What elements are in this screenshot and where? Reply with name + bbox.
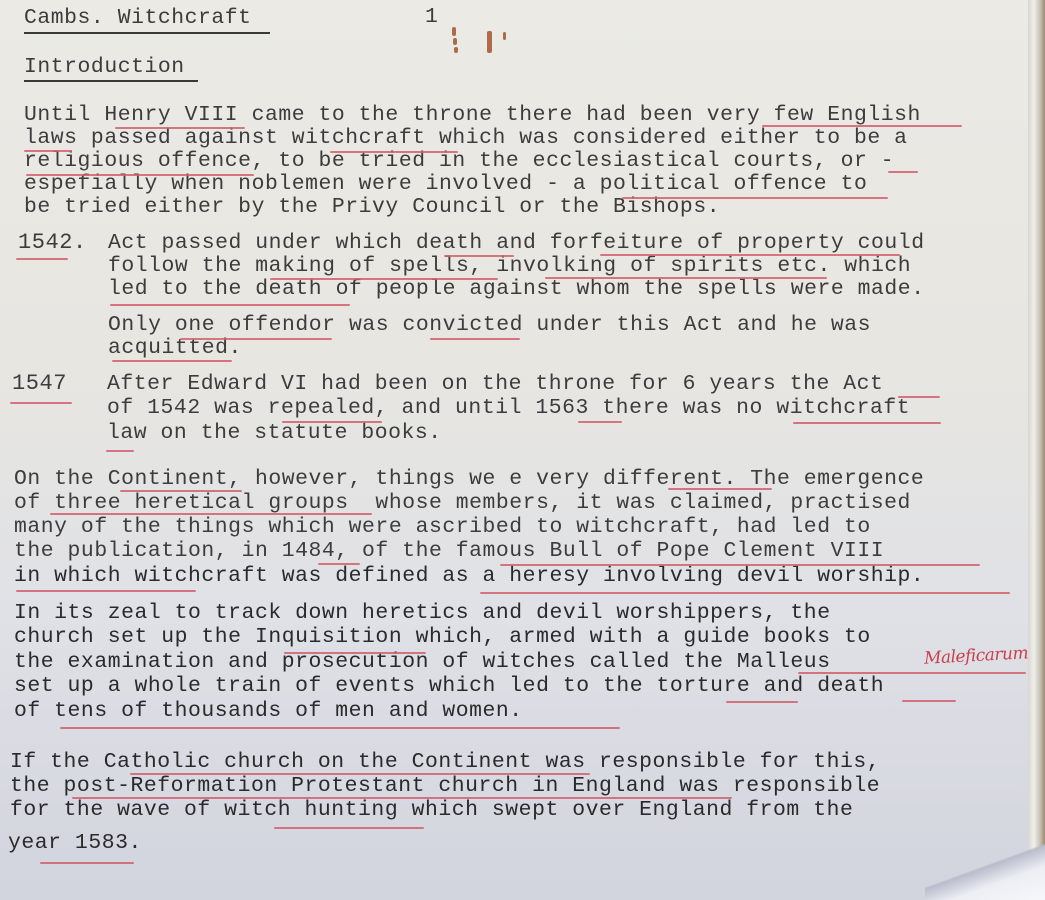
pen-underline [578, 421, 622, 423]
handwritten-annotation: Maleficarum [924, 643, 1029, 668]
pen-underline [10, 402, 72, 404]
pen-underline [270, 278, 498, 280]
text-line: of 1542 was repealed, and until 1563 the… [107, 396, 910, 420]
text-line: follow the making of spells, involking o… [108, 254, 911, 278]
pen-underline [600, 254, 900, 256]
pen-underline [902, 700, 956, 702]
text-line: church set up the Inquisition which, arm… [14, 625, 871, 649]
pen-underline [500, 564, 980, 566]
text-line: Only one offendor was convicted under th… [108, 313, 871, 337]
text-line: be tried either by the Privy Council or … [24, 195, 720, 219]
pen-underline [72, 797, 732, 799]
pen-underline [726, 701, 798, 703]
page-curl [925, 830, 1045, 900]
pen-underline [430, 338, 520, 340]
text-line: law on the statute books. [107, 421, 442, 445]
pen-underline [16, 258, 68, 260]
pen-underline [793, 422, 941, 424]
pen-underline [274, 827, 424, 829]
pen-underline [130, 773, 590, 775]
text-line: for the wave of witch hunting which swep… [10, 798, 853, 822]
pen-underline [180, 338, 332, 340]
text-line: laws passed against witchcraft which was… [24, 126, 908, 150]
rust-stain [452, 27, 456, 36]
typewritten-page: Cambs. Witchcraft 1 Introduction Until H… [0, 0, 1028, 900]
pen-underline [110, 304, 350, 306]
text-line: If the Catholic church on the Continent … [10, 750, 880, 774]
text-line: year 1583. [8, 831, 142, 855]
page-number: 1 [425, 5, 438, 29]
pen-underline [284, 652, 426, 654]
pen-underline [888, 171, 918, 173]
text-line: led to the death of people against whom … [108, 277, 925, 301]
rust-stain [487, 31, 492, 53]
pen-underline [898, 396, 940, 398]
pen-underline [16, 590, 196, 592]
text-line: set up a whole train of events which led… [14, 674, 884, 698]
pen-underline [622, 197, 888, 199]
text-line: in which witchcraft was defined as a her… [14, 564, 924, 588]
section-title-underline [24, 80, 198, 82]
pen-underline [318, 563, 360, 565]
pen-underline [40, 862, 134, 864]
header-underline [24, 32, 270, 34]
pen-underline [60, 727, 620, 729]
section-title: Introduction [24, 55, 185, 79]
pen-underline [115, 127, 245, 129]
pen-underline [24, 150, 72, 152]
pen-underline [545, 277, 827, 279]
pen-underline [330, 151, 458, 153]
entry-year-1547: 1547 [12, 372, 67, 396]
rust-stain [453, 38, 457, 45]
rust-stain [503, 32, 506, 40]
pen-underline [112, 360, 232, 362]
text-line: of three heretical groups whose members,… [14, 491, 911, 515]
pen-underline [444, 255, 514, 257]
pen-underline [106, 450, 134, 452]
text-line: of tens of thousands of men and women. [14, 699, 523, 723]
pen-underline [668, 488, 772, 490]
text-line: Until Henry VIII came to the throne ther… [24, 103, 921, 127]
pen-underline [282, 421, 382, 423]
entry-year-1542: 1542. [18, 231, 87, 255]
text-line: On the Continent, however, things we e v… [14, 467, 924, 491]
page-edge [1028, 0, 1045, 900]
document-header: Cambs. Witchcraft [24, 6, 252, 30]
pen-underline [798, 672, 1026, 674]
pen-underline [50, 513, 372, 515]
pen-underline [480, 592, 1010, 594]
text-line: In its zeal to track down heretics and d… [14, 601, 831, 625]
text-line: the post-Reformation Protestant church i… [10, 774, 880, 798]
pen-underline [120, 490, 242, 492]
text-line: religious offence, to be tried in the ec… [24, 149, 894, 173]
pen-underline [26, 174, 254, 176]
text-line: the publication, in 1484, of the famous … [14, 539, 884, 563]
text-line: After Edward VI had been on the throne f… [107, 372, 883, 396]
pen-underline [762, 125, 962, 127]
text-line: Act passed under which death and forfeit… [108, 231, 925, 255]
text-line: many of the things which were ascribed t… [14, 515, 871, 539]
rust-stain [454, 47, 458, 53]
